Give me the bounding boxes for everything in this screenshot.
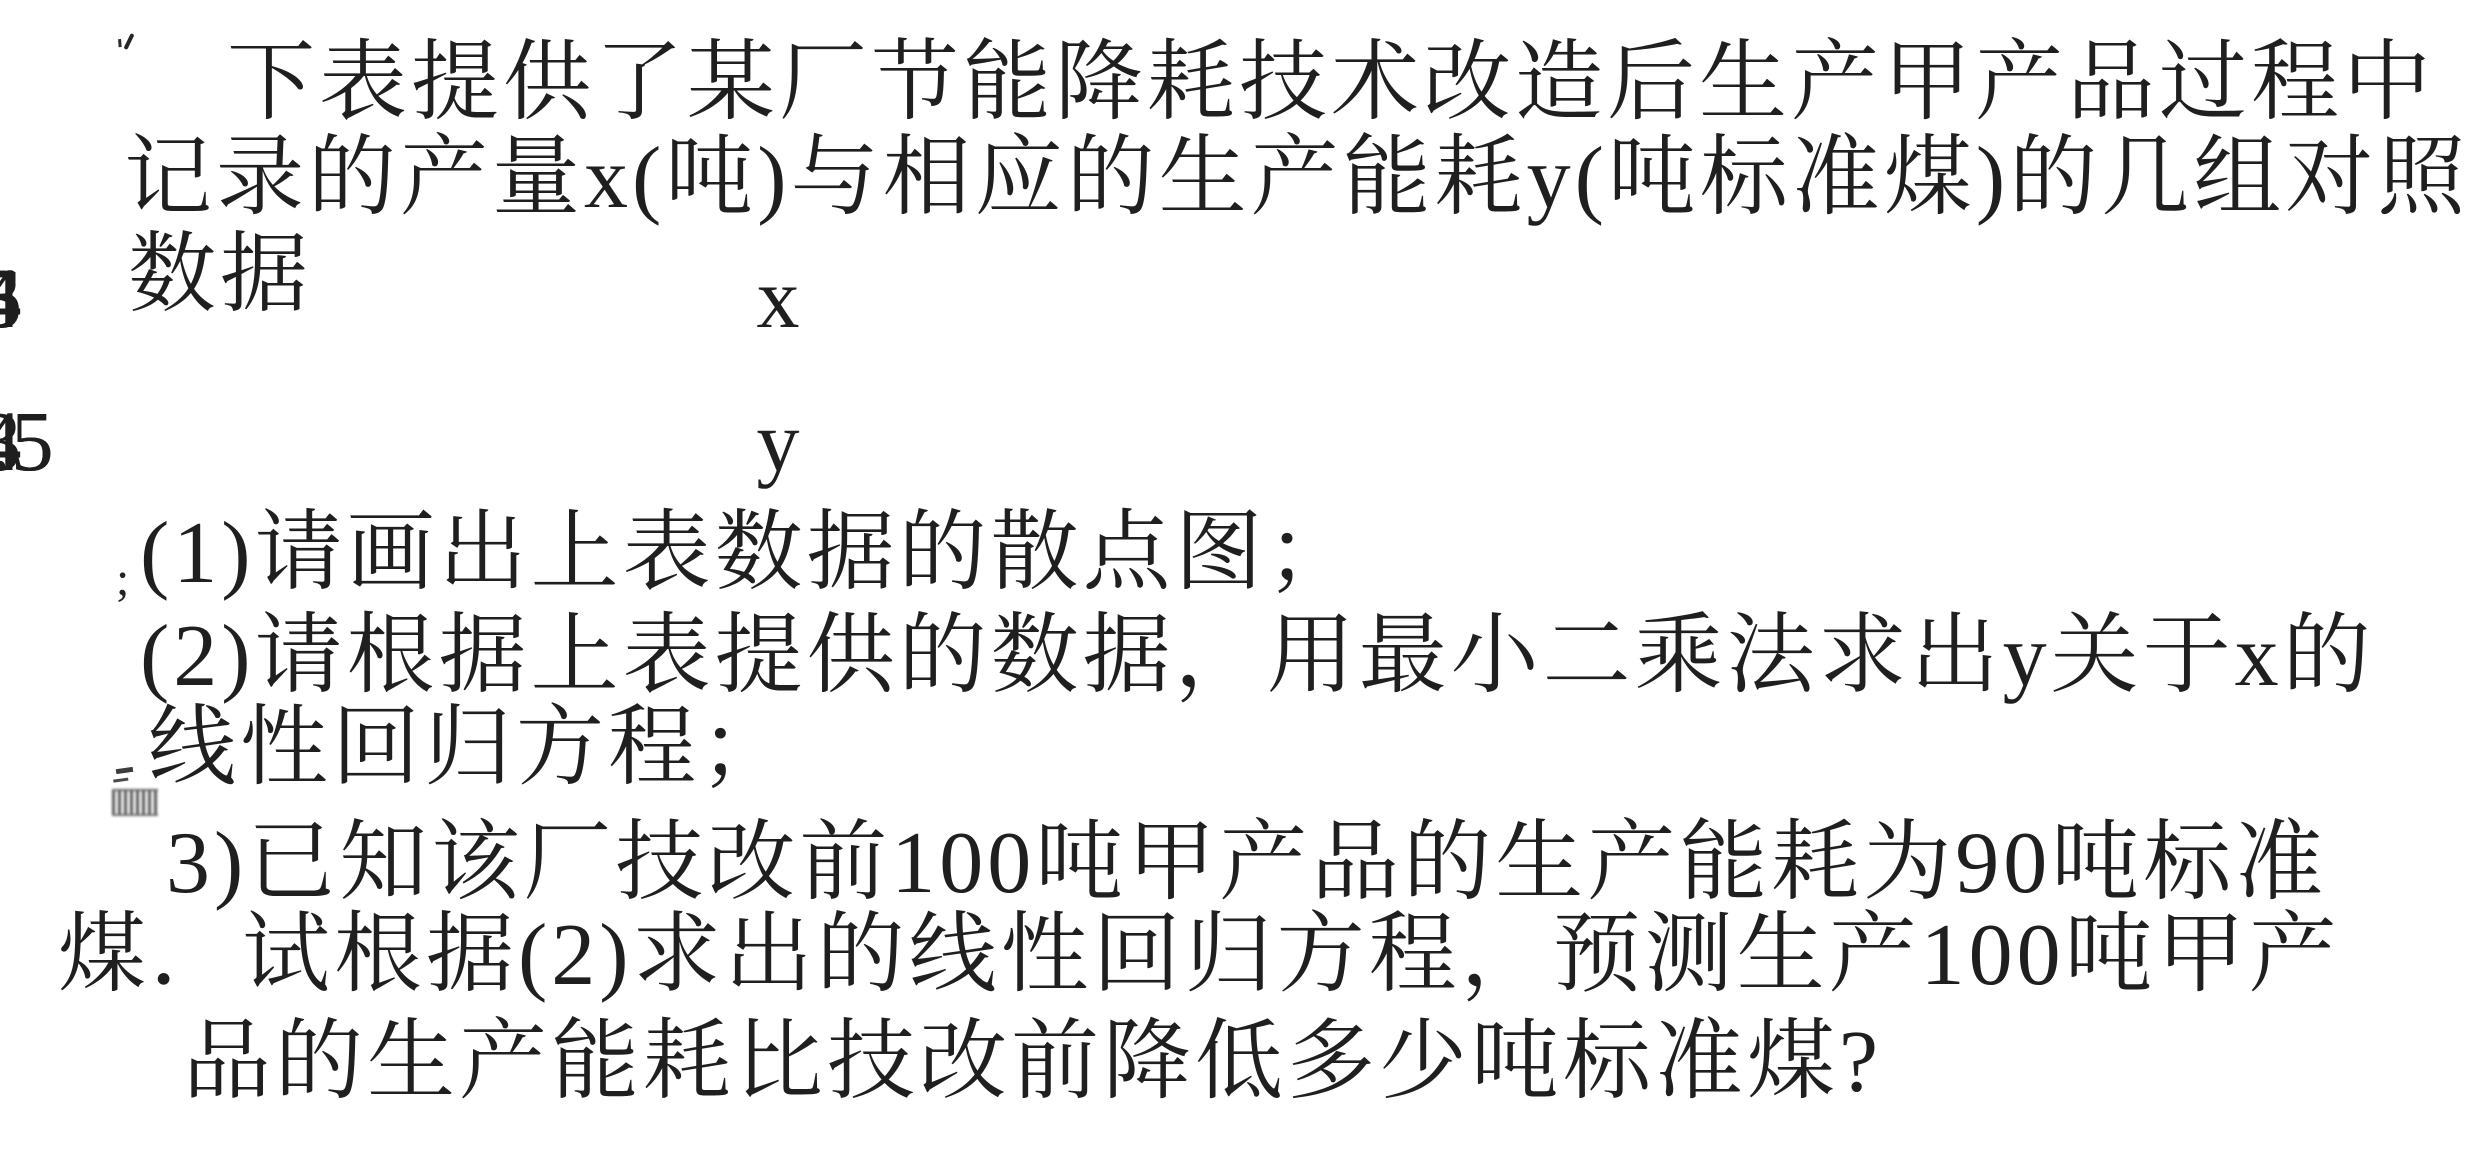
question-2-line-1: (2)请根据上表提供的数据，用最小二乘法求出y关于x的 (140, 611, 2375, 703)
question-2-line-2: 线性回归方程； (148, 703, 792, 795)
question-1-line: (1)请画出上表数据的散点图； (140, 508, 1359, 600)
question-3-line-1: 3)已知该厂技改前100吨甲产品的生产能耗为90吨标准 (166, 818, 2327, 910)
scan-artifact-tick-icon (123, 33, 134, 50)
question-3-line-2: 煤．试根据(2)求出的线性回归方程，预测生产100吨甲产 (58, 910, 2341, 1002)
scan-artifact-semicolon: ; (116, 556, 129, 604)
intro-line-3: 数据 (128, 230, 312, 322)
scan-artifact-dash (116, 767, 134, 774)
question-3-line-3: 品的生产能耗比技改前降低多少吨标准煤? (183, 1017, 1882, 1109)
intro-line-1: 下表提供了某厂节能降耗技术改造后生产甲产品过程中 (227, 38, 2435, 130)
scanned-math-problem-page: ; 下表提供了某厂节能降耗技术改造后生产甲产品过程中 记录的产量x(吨)与相应的… (0, 0, 2484, 1167)
table-row-y-label: y (757, 398, 800, 484)
table-cell-x4: 6 (0, 255, 22, 341)
table-row-x-label: x (757, 255, 800, 341)
table-cell-y4: 4.5 (0, 398, 54, 484)
intro-line-2: 记录的产量x(吨)与相应的生产能耗y(吨标准煤)的几组对照 (124, 133, 2469, 225)
